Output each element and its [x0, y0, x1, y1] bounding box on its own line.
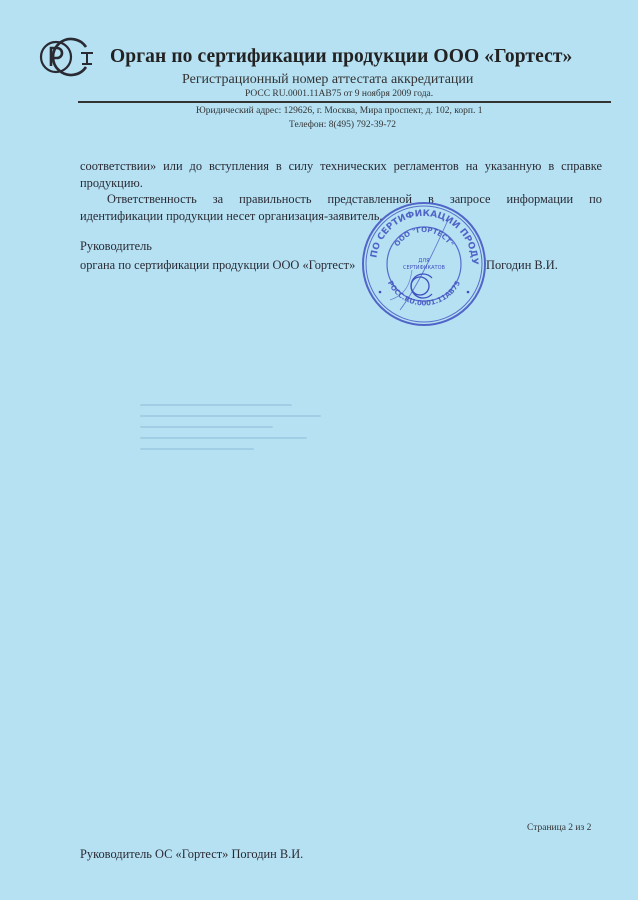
- official-stamp-icon: ОРГАН ПО СЕРТИФИКАЦИИ ПРОДУКЦИИ ООО "ГОР…: [360, 200, 488, 328]
- header-divider: [78, 101, 611, 103]
- paragraph-2-line-2: идентификации продукции несет организаци…: [80, 209, 383, 223]
- page-number: Страница 2 из 2: [527, 823, 591, 833]
- signature-role-line-2: органа по сертификации продукции ООО «Го…: [80, 258, 355, 273]
- accreditation-subtitle: Регистрационный номер аттестата аккредит…: [0, 72, 638, 88]
- paragraph-1: соответствии» или до вступления в силу т…: [80, 158, 602, 191]
- organization-title: Орган по сертификации продукции ООО «Гор…: [110, 46, 572, 68]
- paragraph-1-line-1: соответствии» или до вступления в силу т…: [80, 158, 602, 175]
- legal-address: Юридический адрес: 129626, г. Москва, Ми…: [196, 106, 482, 116]
- svg-text:ООО "ГОРТЕСТ": ООО "ГОРТЕСТ": [393, 226, 455, 248]
- signature-role-line-1: Руководитель: [80, 239, 152, 254]
- paragraph-2: Ответственность за правильность представ…: [80, 191, 602, 224]
- phone-number: Телефон: 8(495) 792-39-72: [289, 120, 396, 130]
- bleed-through-marks: [140, 395, 330, 475]
- accreditation-subtitle-text: Регистрационный номер аттестата аккредит…: [182, 72, 473, 87]
- signatory-name: Погодин В.И.: [486, 258, 558, 273]
- paragraph-1-line-2: продукцию.: [80, 176, 143, 190]
- footer-signature: Руководитель ОС «Гортест» Погодин В.И.: [80, 847, 303, 862]
- accreditation-number: РОСС RU.0001.11АВ75 от 9 ноября 2009 год…: [245, 89, 433, 99]
- paragraph-2-line-1: Ответственность за правильность представ…: [80, 191, 602, 208]
